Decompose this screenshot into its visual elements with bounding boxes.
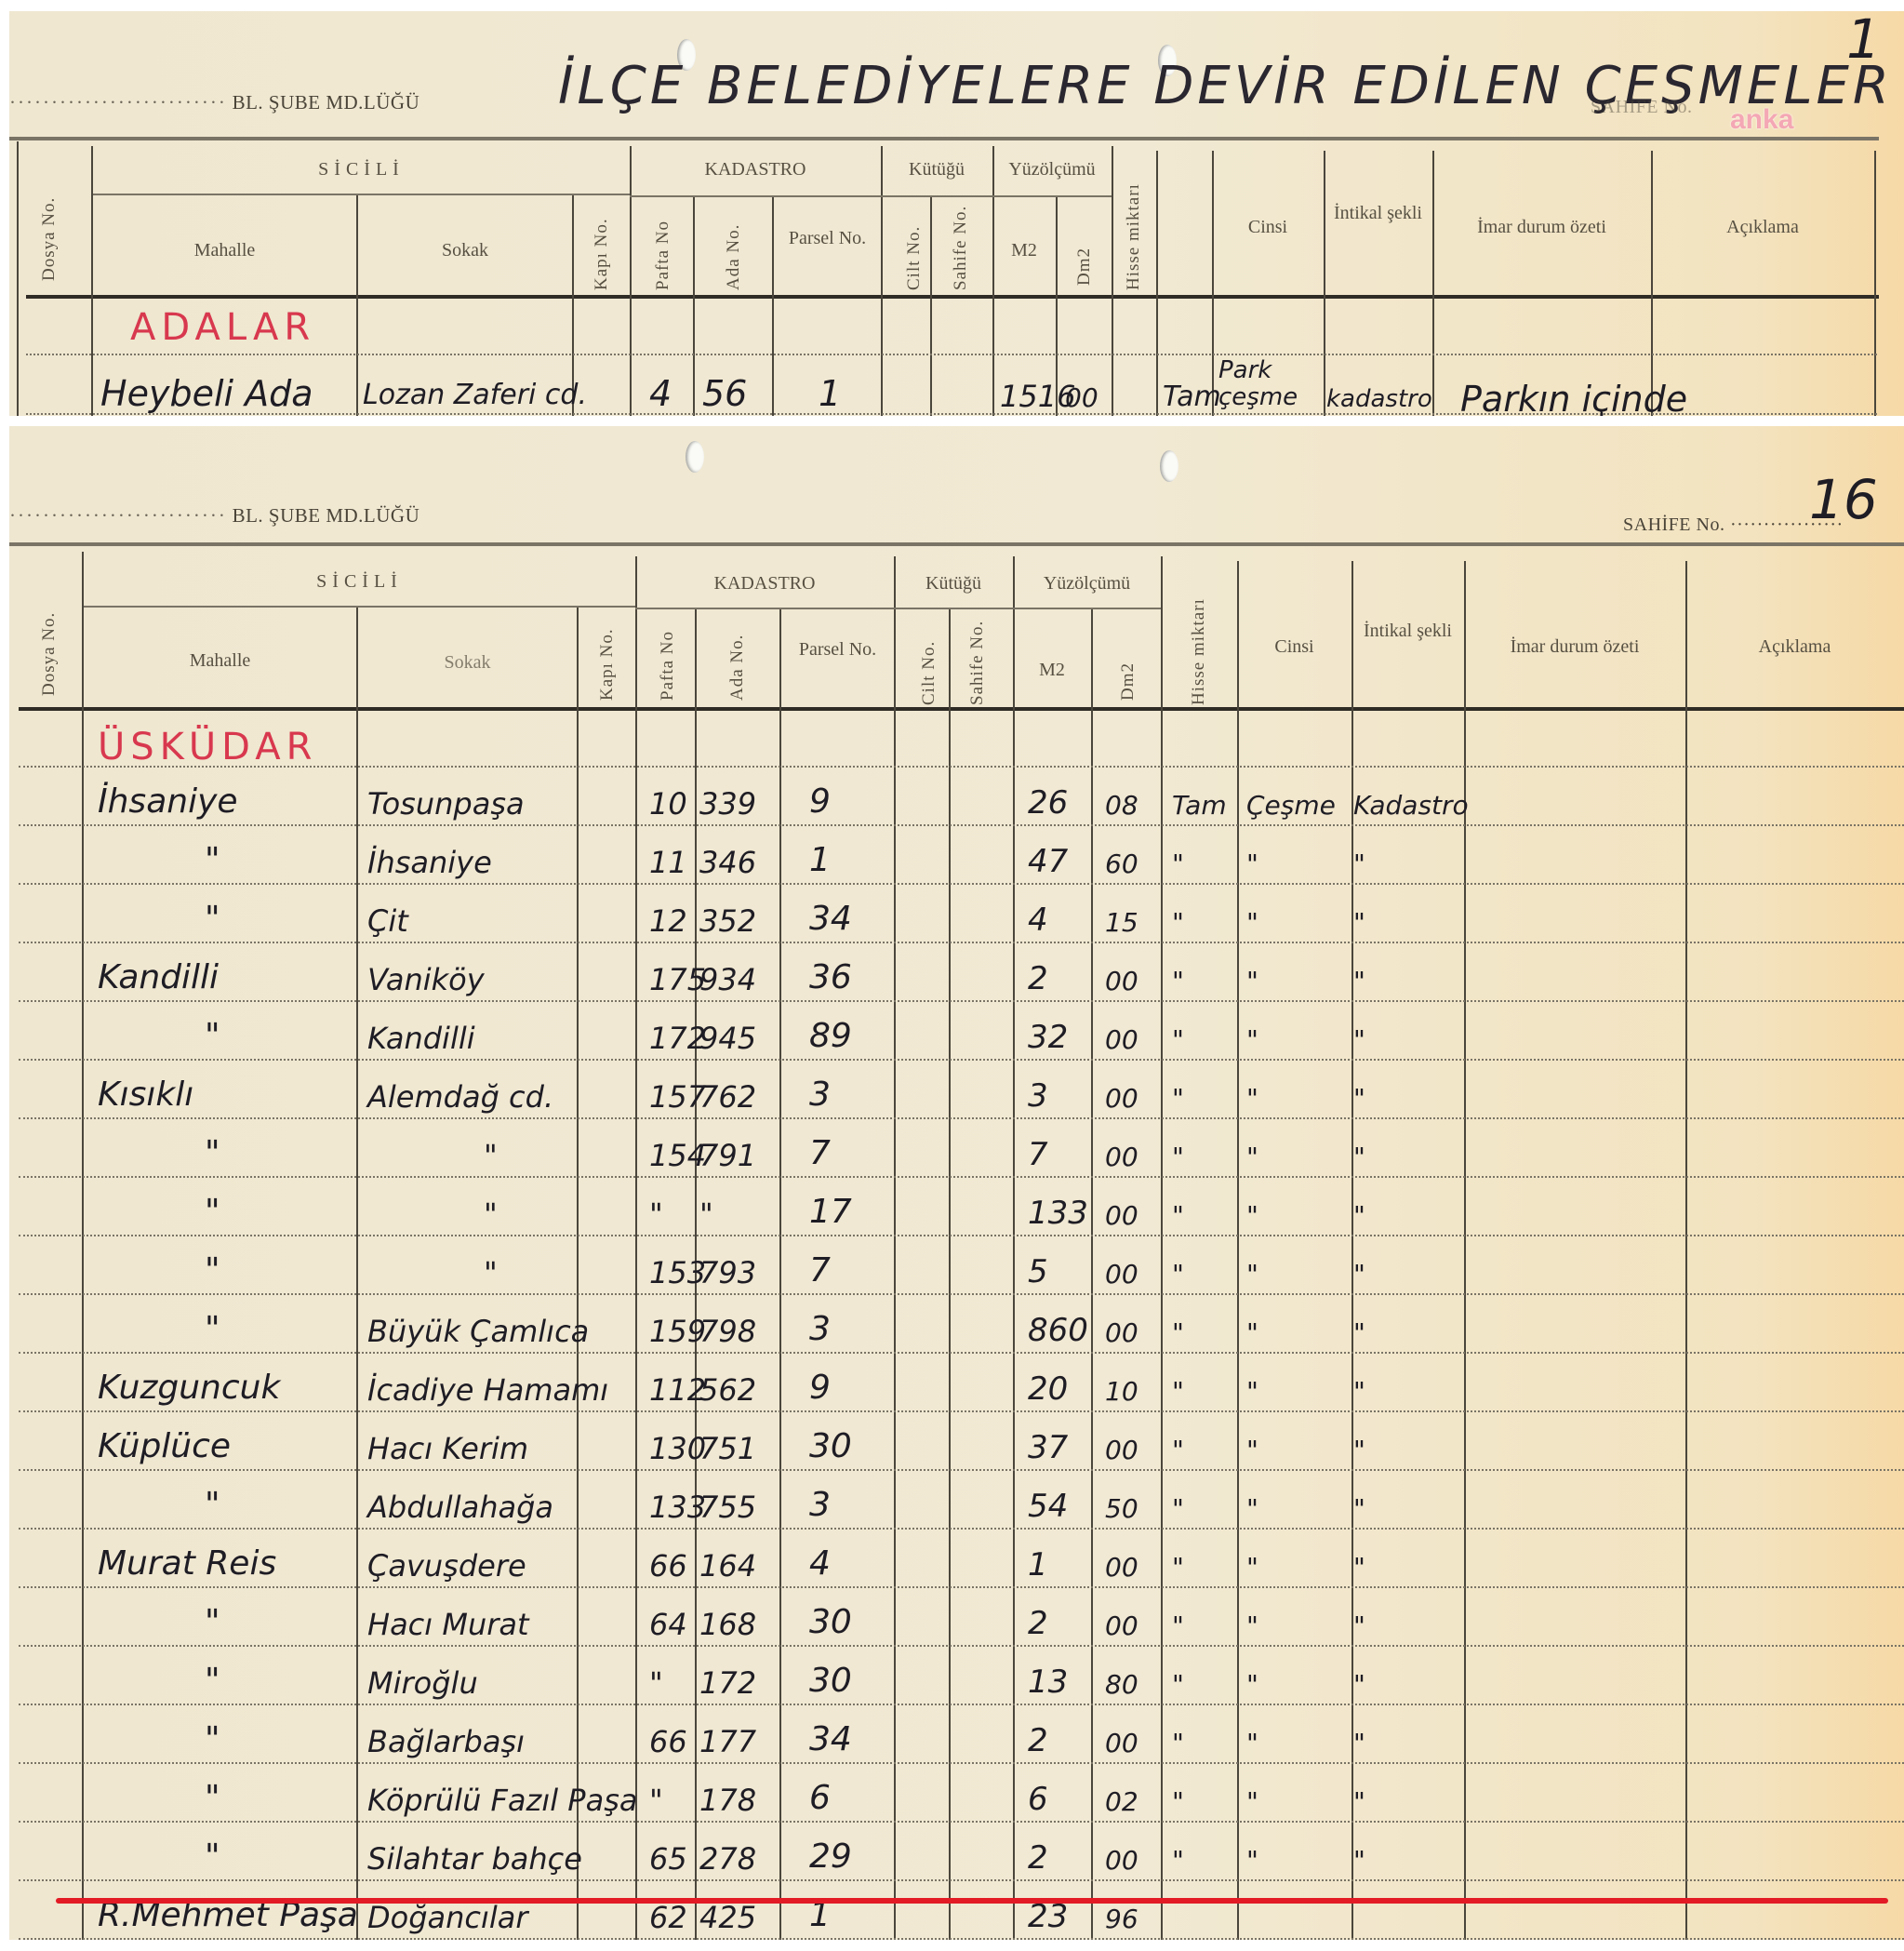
- cell-intikal: ": [1353, 1731, 1365, 1757]
- cell-pafta: 62: [649, 1903, 687, 1932]
- cell-hisse: ": [1172, 1320, 1184, 1346]
- cell-pafta: ": [649, 1785, 663, 1815]
- col-line: [1237, 561, 1239, 1940]
- cell-hisse: ": [1172, 1262, 1184, 1288]
- cell-mahalle: Küplüce: [98, 1430, 231, 1463]
- department-label: ·························· BL. ŞUBE MD.L…: [9, 504, 419, 528]
- district-heading: ADALAR: [130, 309, 315, 346]
- cell-m2: 4: [1028, 904, 1048, 936]
- header-dosya-no: Dosya No.: [39, 179, 60, 281]
- cell-dm2: 96: [1105, 1906, 1138, 1932]
- col-line: [630, 146, 632, 416]
- header-pafta-no: Pafta No: [653, 207, 673, 290]
- row-rule: [19, 1410, 1904, 1412]
- col-line: [930, 197, 932, 416]
- register-page-1: ·························· BL. ŞUBE MD.L…: [9, 11, 1904, 416]
- header-sokak: Sokak: [358, 651, 577, 675]
- cell-sokak: Silahtar bahçe: [367, 1844, 582, 1874]
- cell-intikal: ": [1353, 1496, 1365, 1522]
- cell-mahalle: ": [205, 1137, 220, 1170]
- cell-pafta: 112: [649, 1375, 706, 1405]
- cell-m2: 133: [1028, 1197, 1088, 1229]
- cell-ada: 934: [699, 965, 756, 995]
- cell-cinsi: Çeşme: [1246, 793, 1336, 819]
- page-number: 1: [1846, 11, 1881, 71]
- cell-mahalle: Kısıklı: [98, 1078, 193, 1112]
- col-line: [1464, 561, 1466, 1940]
- cell-parsel: 34: [809, 902, 852, 936]
- row-rule: [19, 1176, 1904, 1178]
- cell-pafta: 130: [649, 1434, 706, 1463]
- cell-parsel: 7: [809, 1254, 831, 1288]
- cell-m2: 26: [1028, 787, 1068, 819]
- cell-cinsi: ": [1246, 1731, 1258, 1757]
- cell-parsel: 3: [809, 1078, 831, 1112]
- row-rule: [19, 1293, 1904, 1295]
- cell-mahalle: ": [205, 1664, 220, 1698]
- group-rule: [894, 608, 1013, 609]
- col-line: [1161, 556, 1163, 1940]
- cell-pafta: 175: [649, 965, 706, 995]
- cell-dm2: 02: [1105, 1789, 1138, 1815]
- cell-dm2: 00: [1105, 1613, 1138, 1639]
- header-aciklama: Açıklama: [1685, 635, 1904, 659]
- cell-ada: 168: [699, 1610, 756, 1639]
- header-cilt-no: Cilt No.: [919, 631, 939, 705]
- cell-intikal: ": [1353, 1262, 1365, 1288]
- col-line: [693, 197, 695, 416]
- header-sicili: SİCİLİ: [84, 570, 635, 594]
- header-sokak: Sokak: [358, 239, 572, 262]
- table-top-rule: [9, 137, 1879, 140]
- cell-parsel: 6: [809, 1782, 831, 1815]
- row-rule: [19, 1645, 1904, 1647]
- cell-ada: 751: [699, 1434, 756, 1463]
- cell-m2: 6: [1028, 1784, 1048, 1815]
- col-line: [82, 552, 84, 1940]
- group-rule: [1013, 608, 1161, 609]
- row-rule: [19, 1469, 1904, 1471]
- cell-hisse: ": [1172, 969, 1184, 995]
- header-hisse-miktari: Hisse miktarı: [1124, 160, 1144, 290]
- col-line: [1685, 561, 1687, 1940]
- cell-mahalle: ": [205, 902, 220, 936]
- cell-parsel: 3: [809, 1313, 831, 1346]
- cell-sokak: Abdullahağa: [367, 1492, 553, 1522]
- cell-ada: 352: [699, 906, 756, 936]
- row-rule: [19, 1117, 1904, 1119]
- cell-pafta: 66: [649, 1551, 687, 1581]
- cell-mahalle: R.Mehmet Paşa: [98, 1899, 358, 1932]
- cell-ada: 172: [699, 1668, 756, 1698]
- col-line: [91, 146, 93, 416]
- punch-hole: [686, 441, 704, 473]
- cell-pafta: 157: [649, 1082, 706, 1112]
- cell-dm2: 00: [1105, 1437, 1138, 1463]
- cell-parsel: 36: [809, 961, 852, 995]
- cell-dm2: 00: [1105, 1262, 1138, 1288]
- red-underline-annotation: [56, 1898, 1888, 1904]
- cell-cinsi: ": [1246, 1613, 1258, 1639]
- cell-sokak: Vaniköy: [367, 965, 485, 995]
- header-mahalle: Mahalle: [84, 649, 356, 673]
- header-kutugu: Kütüğü: [894, 572, 1013, 595]
- col-line: [1651, 151, 1653, 416]
- cell-hisse: ": [1172, 1613, 1184, 1639]
- page-number: 16: [1809, 468, 1878, 531]
- row-rule: [19, 1528, 1904, 1530]
- cell-dm2: 50: [1105, 1496, 1138, 1522]
- cell-intikal: Kadastro: [1353, 793, 1469, 819]
- header-mahalle: Mahalle: [93, 239, 356, 262]
- cell-ada: 791: [699, 1141, 756, 1170]
- header-m2: M2: [1013, 659, 1091, 682]
- cell-dm2: 00: [1065, 385, 1098, 411]
- district-heading: ÜSKÜDAR: [98, 728, 317, 766]
- header-cinsi: Cinsi: [1237, 635, 1351, 659]
- cell-cinsi: ": [1246, 1555, 1258, 1581]
- cell-m2: 1: [1028, 1549, 1048, 1581]
- cell-hisse: ": [1172, 1203, 1184, 1229]
- cell-ada: 339: [699, 789, 756, 819]
- cell-hisse: Tam: [1163, 383, 1221, 411]
- cell-dm2: 08: [1105, 793, 1138, 819]
- cell-m2: 13: [1028, 1666, 1068, 1698]
- cell-intikal: ": [1353, 1027, 1365, 1053]
- group-rule: [93, 194, 630, 195]
- cell-dm2: 00: [1105, 1848, 1138, 1874]
- cell-dm2: 00: [1105, 1144, 1138, 1170]
- row-rule: [19, 883, 1904, 885]
- row-rule: [19, 1704, 1904, 1705]
- cell-cinsi: ": [1246, 1379, 1258, 1405]
- cell-m2: 5: [1028, 1256, 1048, 1288]
- cell-pafta: 64: [649, 1610, 687, 1639]
- cell-dm2: 00: [1105, 1203, 1138, 1229]
- cell-pafta: 66: [649, 1727, 687, 1757]
- table-top-rule: [9, 542, 1904, 546]
- cell-sokak: Çavuşdere: [367, 1551, 526, 1581]
- header-intikal-sekli: İntikal şekli: [1324, 202, 1432, 225]
- cell-ada: 425: [699, 1903, 756, 1932]
- cell-m2: 7: [1028, 1139, 1048, 1170]
- cell-cinsi: ": [1246, 1086, 1258, 1112]
- cell-dm2: 00: [1105, 1731, 1138, 1757]
- col-line: [992, 146, 994, 416]
- col-line: [356, 195, 358, 416]
- row-rule: [19, 1000, 1904, 1002]
- header-dm2: Dm2: [1118, 645, 1138, 701]
- cell-dm2: 00: [1105, 1086, 1138, 1112]
- cell-cinsi: ": [1246, 969, 1258, 995]
- col-line: [1156, 151, 1158, 416]
- cell-mahalle: ": [205, 1782, 220, 1815]
- header-kadastro: KADASTRO: [635, 572, 894, 595]
- col-line: [949, 608, 951, 1940]
- department-label: ·························· BL. ŞUBE MD.L…: [9, 91, 419, 114]
- cell-mahalle: ": [205, 1606, 220, 1639]
- cell-sokak: İcadiye Hamamı: [367, 1375, 608, 1405]
- cell-parsel: 1: [809, 844, 831, 877]
- cell-m2: 32: [1028, 1022, 1068, 1053]
- cell-pafta: 11: [649, 848, 687, 877]
- header-pafta-no: Pafta No: [658, 617, 678, 701]
- cell-ada: ": [699, 1199, 713, 1229]
- cell-hisse: ": [1172, 910, 1184, 936]
- row-rule: [19, 1586, 1904, 1588]
- cell-dm2: 10: [1105, 1379, 1138, 1405]
- header-imar-durum-ozeti: İmar durum özeti: [1464, 635, 1685, 659]
- cell-intikal: kadastro: [1326, 387, 1432, 411]
- cell-hisse: ": [1172, 1027, 1184, 1053]
- cell-ada: 56: [702, 376, 747, 411]
- header-parsel-no: Parsel No.: [781, 638, 894, 661]
- cell-mahalle: ": [205, 1196, 220, 1229]
- header-m2: M2: [992, 239, 1056, 262]
- cell-mahalle: ": [205, 844, 220, 877]
- cell-sokak: İhsaniye: [367, 848, 492, 877]
- cell-parsel: 17: [809, 1196, 852, 1229]
- cell-parsel: 9: [809, 785, 831, 819]
- cell-m2: 54: [1028, 1490, 1068, 1522]
- cell-cinsi: ": [1246, 1144, 1258, 1170]
- col-line: [1212, 151, 1214, 416]
- cell-sokak: Büyük Çamlıca: [367, 1316, 589, 1346]
- col-line: [881, 146, 883, 416]
- header-ada-no: Ada No.: [724, 207, 744, 290]
- cell-sokak: Lozan Zaferi cd.: [363, 381, 587, 409]
- cell-hisse: ": [1172, 1144, 1184, 1170]
- cell-ada: 346: [699, 848, 756, 877]
- row-rule: [19, 942, 1904, 943]
- cell-m2: 20: [1028, 1373, 1068, 1405]
- cell-ada: 562: [699, 1375, 756, 1405]
- row-rule: [19, 1059, 1904, 1061]
- cell-sokak: Miroğlu: [367, 1668, 478, 1698]
- cell-hisse: ": [1172, 1379, 1184, 1405]
- header-kapi-no: Kapı No.: [597, 617, 618, 701]
- col-line: [1432, 151, 1434, 416]
- cell-mahalle: ": [205, 1489, 220, 1522]
- sahife-label: SAHİFE No.: [1591, 97, 1692, 118]
- cell-pafta: 4: [649, 376, 672, 411]
- header-ada-no: Ada No.: [727, 617, 748, 701]
- cell-parsel: 4: [809, 1547, 831, 1581]
- cell-m2: 2: [1028, 1608, 1048, 1639]
- cell-dm2: 00: [1105, 1320, 1138, 1346]
- cell-hisse: ": [1172, 1789, 1184, 1815]
- cell-ada: 755: [699, 1492, 756, 1522]
- col-line: [635, 556, 637, 1940]
- cell-dm2: 60: [1105, 851, 1138, 877]
- col-line: [356, 608, 358, 1940]
- cell-parsel: 9: [809, 1371, 831, 1405]
- cell-sokak: Bağlarbaşı: [367, 1727, 525, 1757]
- cell-ada: 945: [699, 1023, 756, 1053]
- header-hisse-miktari: Hisse miktarı: [1189, 575, 1209, 705]
- header-kutugu: Kütüğü: [881, 158, 992, 181]
- header-yuzolcumu: Yüzölçümü: [992, 158, 1112, 181]
- cell-intikal: ": [1353, 969, 1365, 995]
- row-rule: [19, 1762, 1904, 1764]
- cell-intikal: ": [1353, 1672, 1365, 1698]
- cell-mahalle: Murat Reis: [98, 1547, 276, 1581]
- watermark-logo: anka: [1730, 104, 1793, 136]
- row-rule: [19, 766, 1904, 768]
- cell-sokak: ": [484, 1199, 498, 1229]
- cell-intikal: ": [1353, 1613, 1365, 1639]
- cell-m2: 2: [1028, 1725, 1048, 1757]
- cell-sokak: ": [484, 1141, 498, 1170]
- cell-sokak: Köprülü Fazıl Paşa: [367, 1785, 637, 1815]
- cell-hisse: ": [1172, 1086, 1184, 1112]
- cell-pafta: 153: [649, 1258, 706, 1288]
- punch-hole: [1160, 450, 1178, 482]
- dotted-fill: ··························: [9, 504, 227, 527]
- cell-m2: 860: [1028, 1315, 1088, 1346]
- header-yuzolcumu: Yüzölçümü: [1013, 572, 1161, 595]
- header-imar-durum-ozeti: İmar durum özeti: [1432, 216, 1651, 239]
- cell-pafta: 10: [649, 789, 687, 819]
- group-rule: [992, 195, 1112, 197]
- cell-intikal: ": [1353, 1555, 1365, 1581]
- cell-ada: 278: [699, 1844, 756, 1874]
- cell-sokak: Çit: [367, 906, 408, 936]
- cell-parsel: 7: [809, 1137, 831, 1170]
- header-kapi-no: Kapı No.: [592, 207, 612, 290]
- cell-sokak: ": [484, 1258, 498, 1288]
- cell-parsel: 30: [809, 1664, 852, 1698]
- page-title: İLÇE BELEDİYELERE DEVİR EDİLEN ÇEŞMELER: [558, 56, 1893, 116]
- cell-intikal: ": [1353, 1789, 1365, 1815]
- cell-dm2: 80: [1105, 1672, 1138, 1698]
- col-line: [1013, 556, 1015, 1940]
- cell-mahalle: ": [205, 1313, 220, 1346]
- cell-m2: 47: [1028, 846, 1068, 877]
- cell-m2: 23: [1028, 1901, 1068, 1932]
- cell-mahalle: Kandilli: [98, 961, 219, 995]
- cell-pafta: 172: [649, 1023, 706, 1053]
- cell-intikal: ": [1353, 1144, 1365, 1170]
- cell-intikal: ": [1353, 1379, 1365, 1405]
- cell-cinsi: ": [1246, 1789, 1258, 1815]
- row-rule: [19, 1821, 1904, 1823]
- cell-cinsi: ": [1246, 1320, 1258, 1346]
- cell-intikal: ": [1353, 1203, 1365, 1229]
- cell-hisse: ": [1172, 1555, 1184, 1581]
- header-dm2: Dm2: [1074, 230, 1095, 286]
- cell-mahalle: ": [205, 1840, 220, 1874]
- header-cilt-no: Cilt No.: [904, 216, 925, 290]
- cell-hisse: ": [1172, 1437, 1184, 1463]
- group-rule: [84, 606, 635, 608]
- header-sahife-no: Sahife No.: [951, 216, 971, 290]
- dotted-fill: ··························: [9, 91, 227, 114]
- col-line: [779, 608, 781, 1940]
- cell-ada: 762: [699, 1082, 756, 1112]
- header-sicili: SİCİLİ: [93, 158, 630, 181]
- cell-ada: 178: [699, 1785, 756, 1815]
- cell-parsel: 30: [809, 1430, 852, 1463]
- cell-mahalle: İhsaniye: [98, 785, 238, 819]
- cell-intikal: ": [1353, 851, 1365, 877]
- cell-pafta: 159: [649, 1316, 706, 1346]
- cell-sokak: Tosunpaşa: [367, 789, 525, 819]
- col-line: [894, 556, 896, 1940]
- group-rule: [630, 195, 881, 197]
- header-kadastro: KADASTRO: [630, 158, 881, 181]
- cell-mahalle: ": [205, 1254, 220, 1288]
- header-bottom-rule: [19, 707, 1904, 711]
- cell-hisse: ": [1172, 1496, 1184, 1522]
- cell-parsel: 1: [819, 376, 841, 411]
- cell-hisse: ": [1172, 1672, 1184, 1698]
- cell-sokak: Hacı Kerim: [367, 1434, 528, 1463]
- cell-hisse: ": [1172, 1731, 1184, 1757]
- cell-sokak: Alemdağ cd.: [367, 1082, 553, 1112]
- cell-imar: Parkın içinde: [1460, 381, 1687, 416]
- cell-mahalle: ": [205, 1723, 220, 1757]
- cell-intikal: ": [1353, 910, 1365, 936]
- cell-cinsi: ": [1246, 1262, 1258, 1288]
- cell-intikal: ": [1353, 1848, 1365, 1874]
- cell-pafta: ": [649, 1199, 663, 1229]
- col-line: [577, 608, 579, 1940]
- cell-m2: 3: [1028, 1080, 1048, 1112]
- cell-pafta: ": [649, 1668, 663, 1698]
- cell-parsel: 89: [809, 1020, 852, 1053]
- group-rule: [635, 608, 894, 609]
- cell-m2: 2: [1028, 1842, 1048, 1874]
- cell-dm2: 15: [1105, 910, 1138, 936]
- cell-parsel: 34: [809, 1723, 852, 1757]
- cell-m2: 2: [1028, 963, 1048, 995]
- row-rule: [19, 824, 1904, 826]
- cell-parsel: 1: [809, 1899, 831, 1932]
- cell-hisse: ": [1172, 1848, 1184, 1874]
- row-rule: [19, 1352, 1904, 1354]
- cell-cinsi: Park çeşme: [1218, 357, 1321, 410]
- col-line: [17, 141, 19, 416]
- cell-mahalle: ": [205, 1020, 220, 1053]
- cell-sokak: Kandilli: [367, 1023, 475, 1053]
- header-cinsi: Cinsi: [1212, 216, 1324, 239]
- cell-hisse: Tam: [1172, 793, 1227, 819]
- cell-parsel: 30: [809, 1606, 852, 1639]
- group-rule: [881, 195, 992, 197]
- col-line: [1874, 151, 1876, 416]
- cell-cinsi: ": [1246, 910, 1258, 936]
- cell-ada: 164: [699, 1551, 756, 1581]
- cell-mahalle: Kuzguncuk: [98, 1371, 280, 1405]
- col-line: [1324, 151, 1325, 416]
- row-rule: [26, 354, 1877, 355]
- cell-mahalle: Heybeli Ada: [100, 376, 313, 411]
- cell-hisse: ": [1172, 851, 1184, 877]
- cell-sokak: Doğancılar: [367, 1903, 528, 1932]
- cell-ada: 177: [699, 1727, 756, 1757]
- register-page-16: ·························· BL. ŞUBE MD.L…: [9, 426, 1904, 1940]
- cell-cinsi: ": [1246, 1203, 1258, 1229]
- cell-dm2: 00: [1105, 1555, 1138, 1581]
- cell-cinsi: ": [1246, 1848, 1258, 1874]
- cell-dm2: 00: [1105, 969, 1138, 995]
- cell-cinsi: ": [1246, 1437, 1258, 1463]
- cell-parsel: 29: [809, 1840, 852, 1874]
- header-dosya-no: Dosya No.: [39, 594, 60, 696]
- cell-pafta: 12: [649, 906, 687, 936]
- col-line: [1091, 608, 1093, 1940]
